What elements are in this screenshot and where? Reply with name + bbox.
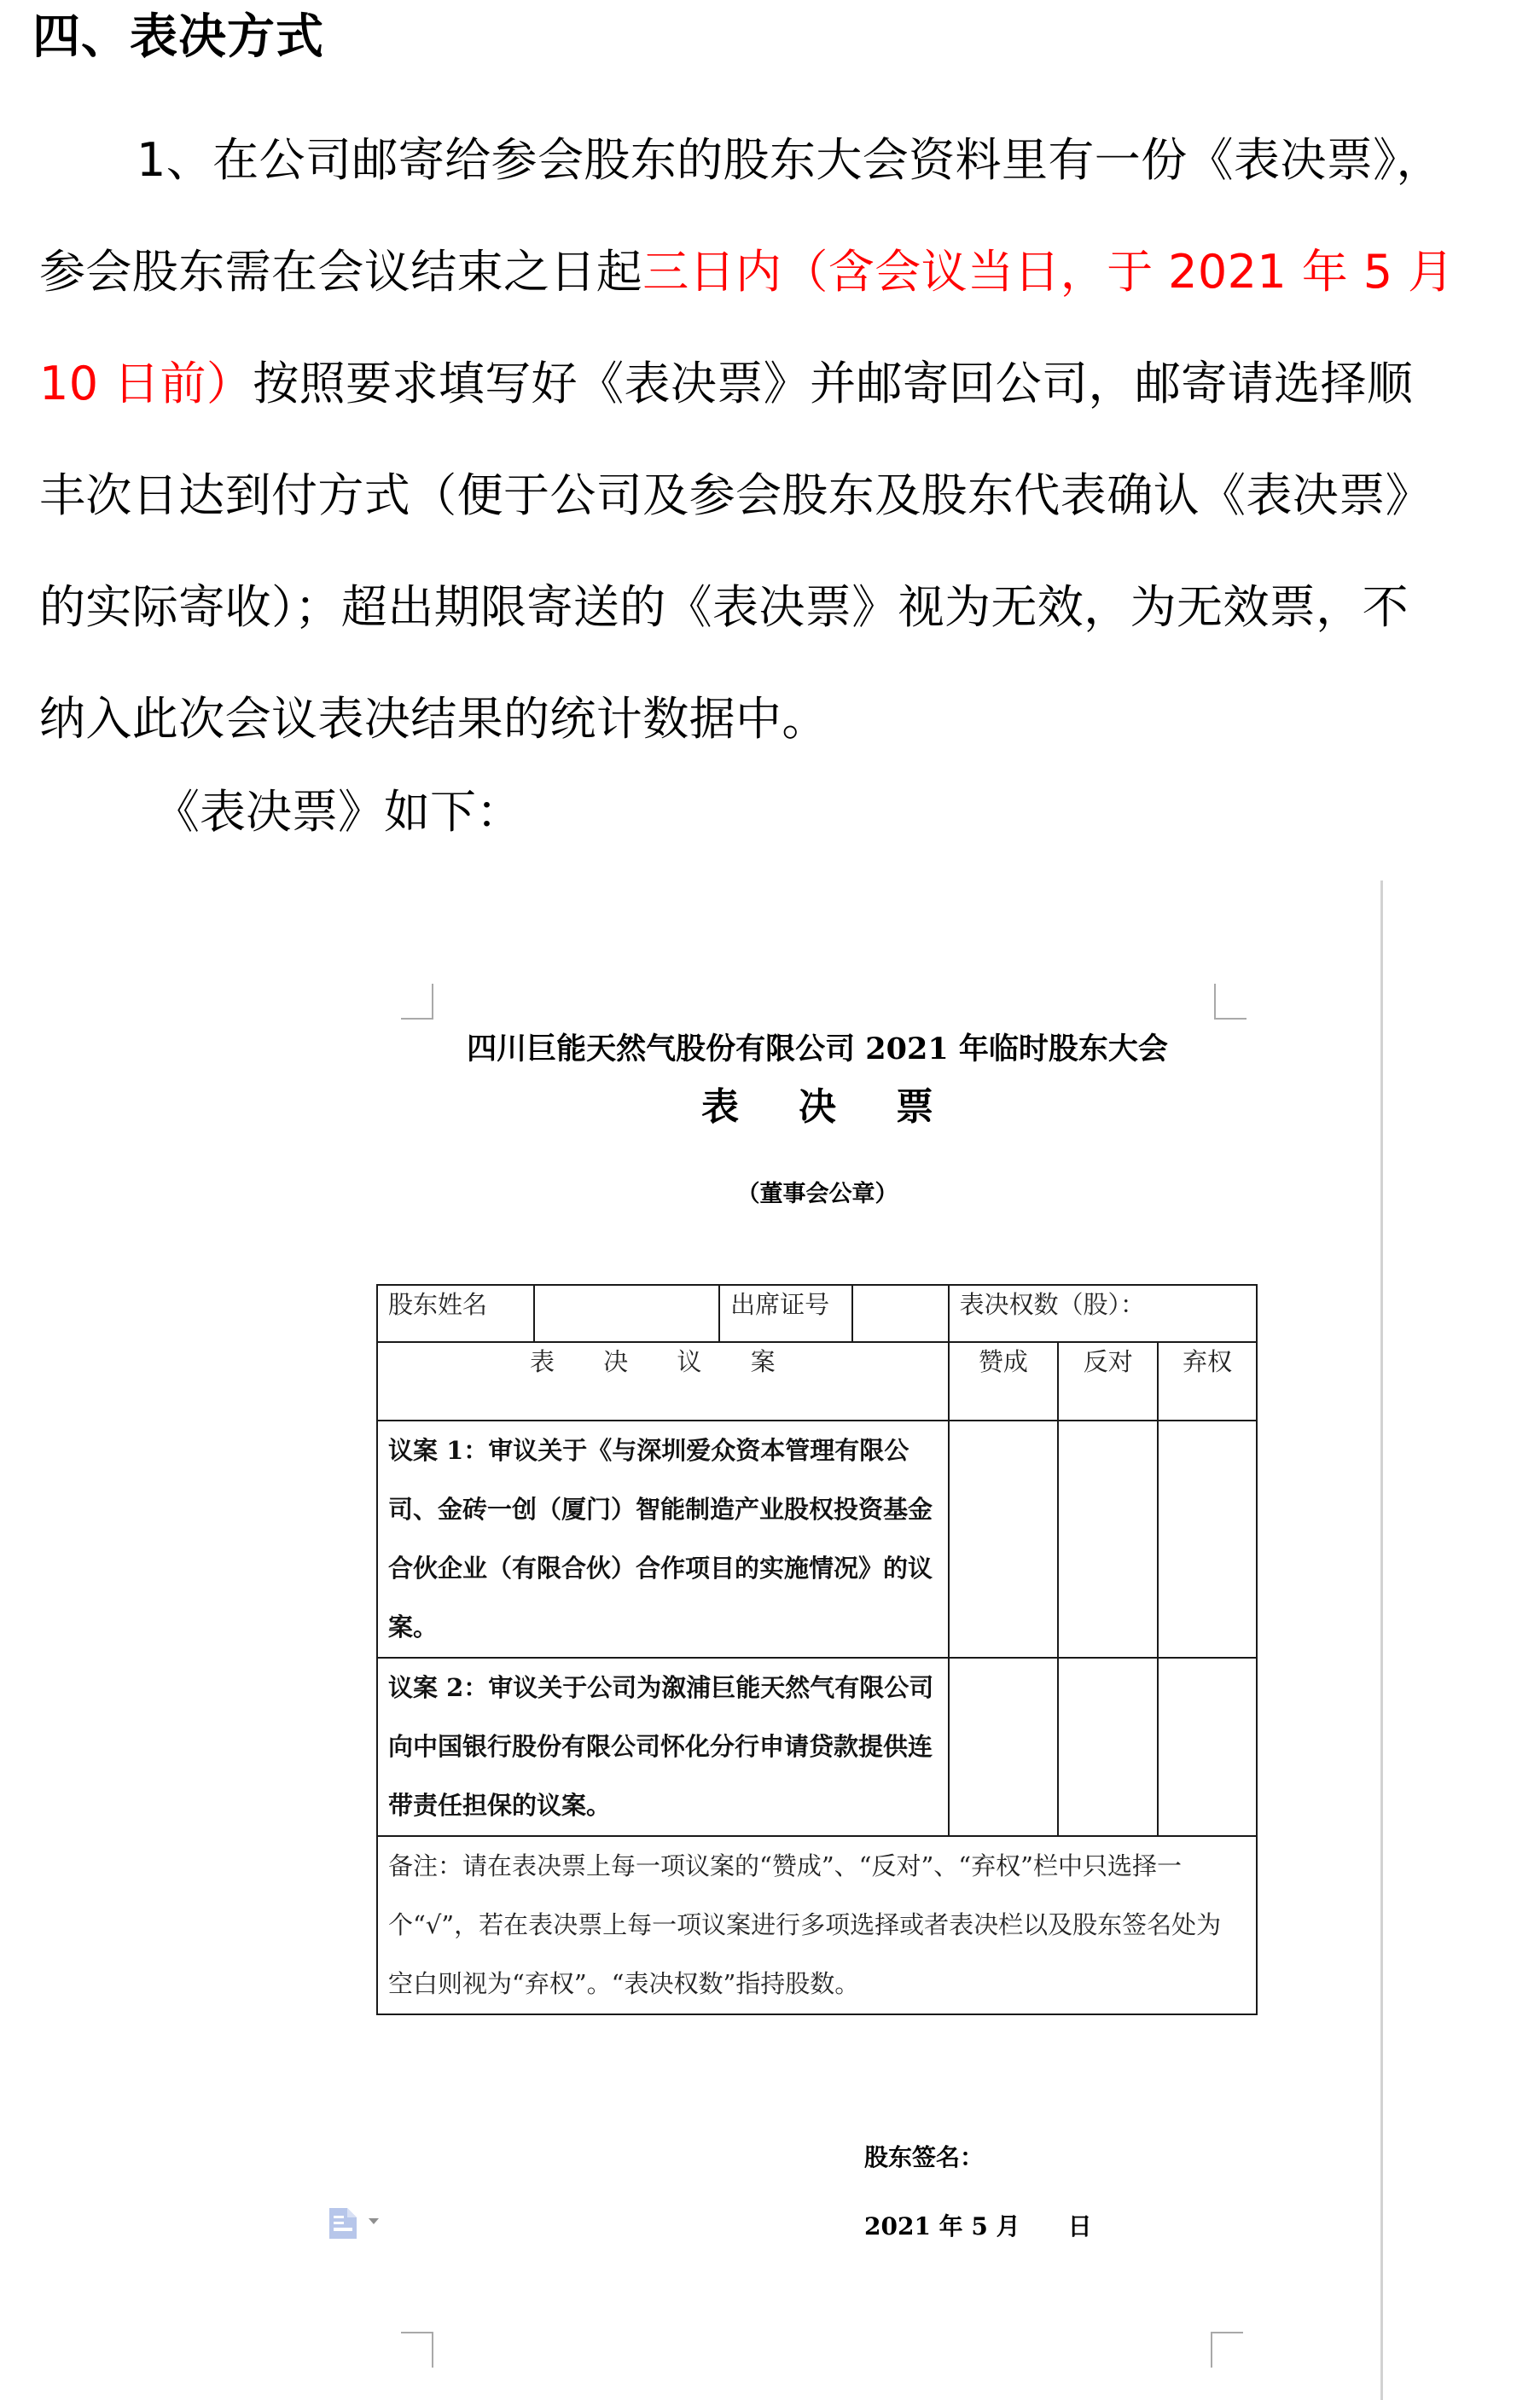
column-header-row: 表 决 议 案 赞成 反对 弃权 xyxy=(377,1342,1257,1421)
approve-column-header: 赞成 xyxy=(949,1342,1059,1421)
motion-text: 议案 1：审议关于《与深圳爱众资本管理有限公司、金砖一创（厦门）智能制造产业股权… xyxy=(377,1421,949,1658)
deadline-highlight: 10 日前） xyxy=(39,357,253,410)
line-text: 1、在公司邮寄给参会股东的股东大会资料里有一份《表决票》， xyxy=(137,133,1443,187)
cert-field[interactable] xyxy=(852,1285,949,1342)
oppose-column-header: 反对 xyxy=(1058,1342,1158,1421)
motion-row-1: 议案 1：审议关于《与深圳爱众资本管理有限公司、金砖一创（厦门）智能制造产业股权… xyxy=(377,1421,1257,1658)
ballot-intro-label: 《表决票》如下： xyxy=(154,778,522,846)
margin-corner-mark xyxy=(1211,2332,1243,2368)
motion-row-2: 议案 2：审议关于公司为溆浦巨能天然气有限公司向中国银行股份有限公司怀化分行申请… xyxy=(377,1658,1257,1836)
seal-note: （董事会公章） xyxy=(377,1177,1258,1212)
instructions-paragraph: 1、在公司邮寄给参会股东的股东大会资料里有一份《表决票》， 参会股东需在会议结束… xyxy=(39,104,1524,775)
margin-corner-mark xyxy=(401,2332,433,2368)
abstain-column-header: 弃权 xyxy=(1158,1342,1257,1421)
ballot-title: 四川巨能天然气股份有限公司 2021 年临时股东大会 xyxy=(377,1029,1258,1070)
ballot-note: 备注：请在表决票上每一项议案的“赞成”、“反对”、“弃权”栏中只选择一个“√”，… xyxy=(377,1836,1257,2014)
paragraph-line-3: 10 日前）按照要求填写好《表决票》并邮寄回公司，邮寄请选择顺 xyxy=(39,328,1524,439)
document-icon[interactable] xyxy=(328,2207,357,2240)
margin-corner-mark xyxy=(401,984,433,1020)
abstain-cell[interactable] xyxy=(1158,1421,1257,1658)
paragraph-line-5: 的实际寄收）；超出期限寄送的《表决票》视为无效，为无效票，不 xyxy=(39,551,1524,663)
cert-label: 出席证号 xyxy=(719,1285,852,1342)
oppose-cell[interactable] xyxy=(1058,1421,1158,1658)
ballot-table: 股东姓名 出席证号 表决权数（股）： 表 决 议 案 赞成 反对 弃权 议案 1… xyxy=(376,1284,1258,2015)
approve-cell[interactable] xyxy=(949,1421,1059,1658)
section-heading: 四、表决方式 xyxy=(32,3,324,72)
name-label: 股东姓名 xyxy=(377,1285,534,1342)
shareholder-info-row: 股东姓名 出席证号 表决权数（股）： xyxy=(377,1285,1257,1342)
chevron-down-icon[interactable] xyxy=(369,2218,379,2224)
name-field[interactable] xyxy=(534,1285,719,1342)
paragraph-line-6: 纳入此次会议表决结果的统计数据中。 xyxy=(39,663,1524,775)
paragraph-line-4: 丰次日达到付方式（便于公司及参会股东及股东代表确认《表决票》 xyxy=(39,439,1524,551)
page-edge-divider xyxy=(1380,880,1383,2400)
margin-corner-mark xyxy=(1214,984,1247,1020)
abstain-cell[interactable] xyxy=(1158,1658,1257,1836)
line-text: 参会股东需在会议结束之日起 xyxy=(39,245,642,299)
line-text: 按照要求填写好《表决票》并邮寄回公司，邮寄请选择顺 xyxy=(253,357,1413,410)
deadline-highlight: 三日内（含会议当日，于 2021 年 5 月 xyxy=(642,245,1454,299)
oppose-cell[interactable] xyxy=(1058,1658,1158,1836)
motion-text: 议案 2：审议关于公司为溆浦巨能天然气有限公司向中国银行股份有限公司怀化分行申请… xyxy=(377,1658,949,1836)
ballot-subtitle: 表决票 xyxy=(377,1084,1258,1131)
line-text: 的实际寄收）；超出期限寄送的《表决票》视为无效，为无效票，不 xyxy=(39,580,1409,634)
motions-column-header: 表 决 议 案 xyxy=(377,1342,949,1421)
line-text: 丰次日达到付方式（便于公司及参会股东及股东代表确认《表决票》 xyxy=(39,468,1432,522)
shares-field[interactable]: 表决权数（股）： xyxy=(949,1285,1257,1342)
approve-cell[interactable] xyxy=(949,1658,1059,1836)
paragraph-line-1: 1、在公司邮寄给参会股东的股东大会资料里有一份《表决票》， xyxy=(39,104,1524,216)
line-text: 纳入此次会议表决结果的统计数据中。 xyxy=(39,692,828,746)
date-label: 2021 年 5 月 日 xyxy=(864,2210,1092,2244)
paragraph-line-2: 参会股东需在会议结束之日起三日内（含会议当日，于 2021 年 5 月 xyxy=(39,216,1524,328)
signature-label: 股东签名： xyxy=(864,2141,984,2175)
note-row: 备注：请在表决票上每一项议案的“赞成”、“反对”、“弃权”栏中只选择一个“√”，… xyxy=(377,1836,1257,2014)
